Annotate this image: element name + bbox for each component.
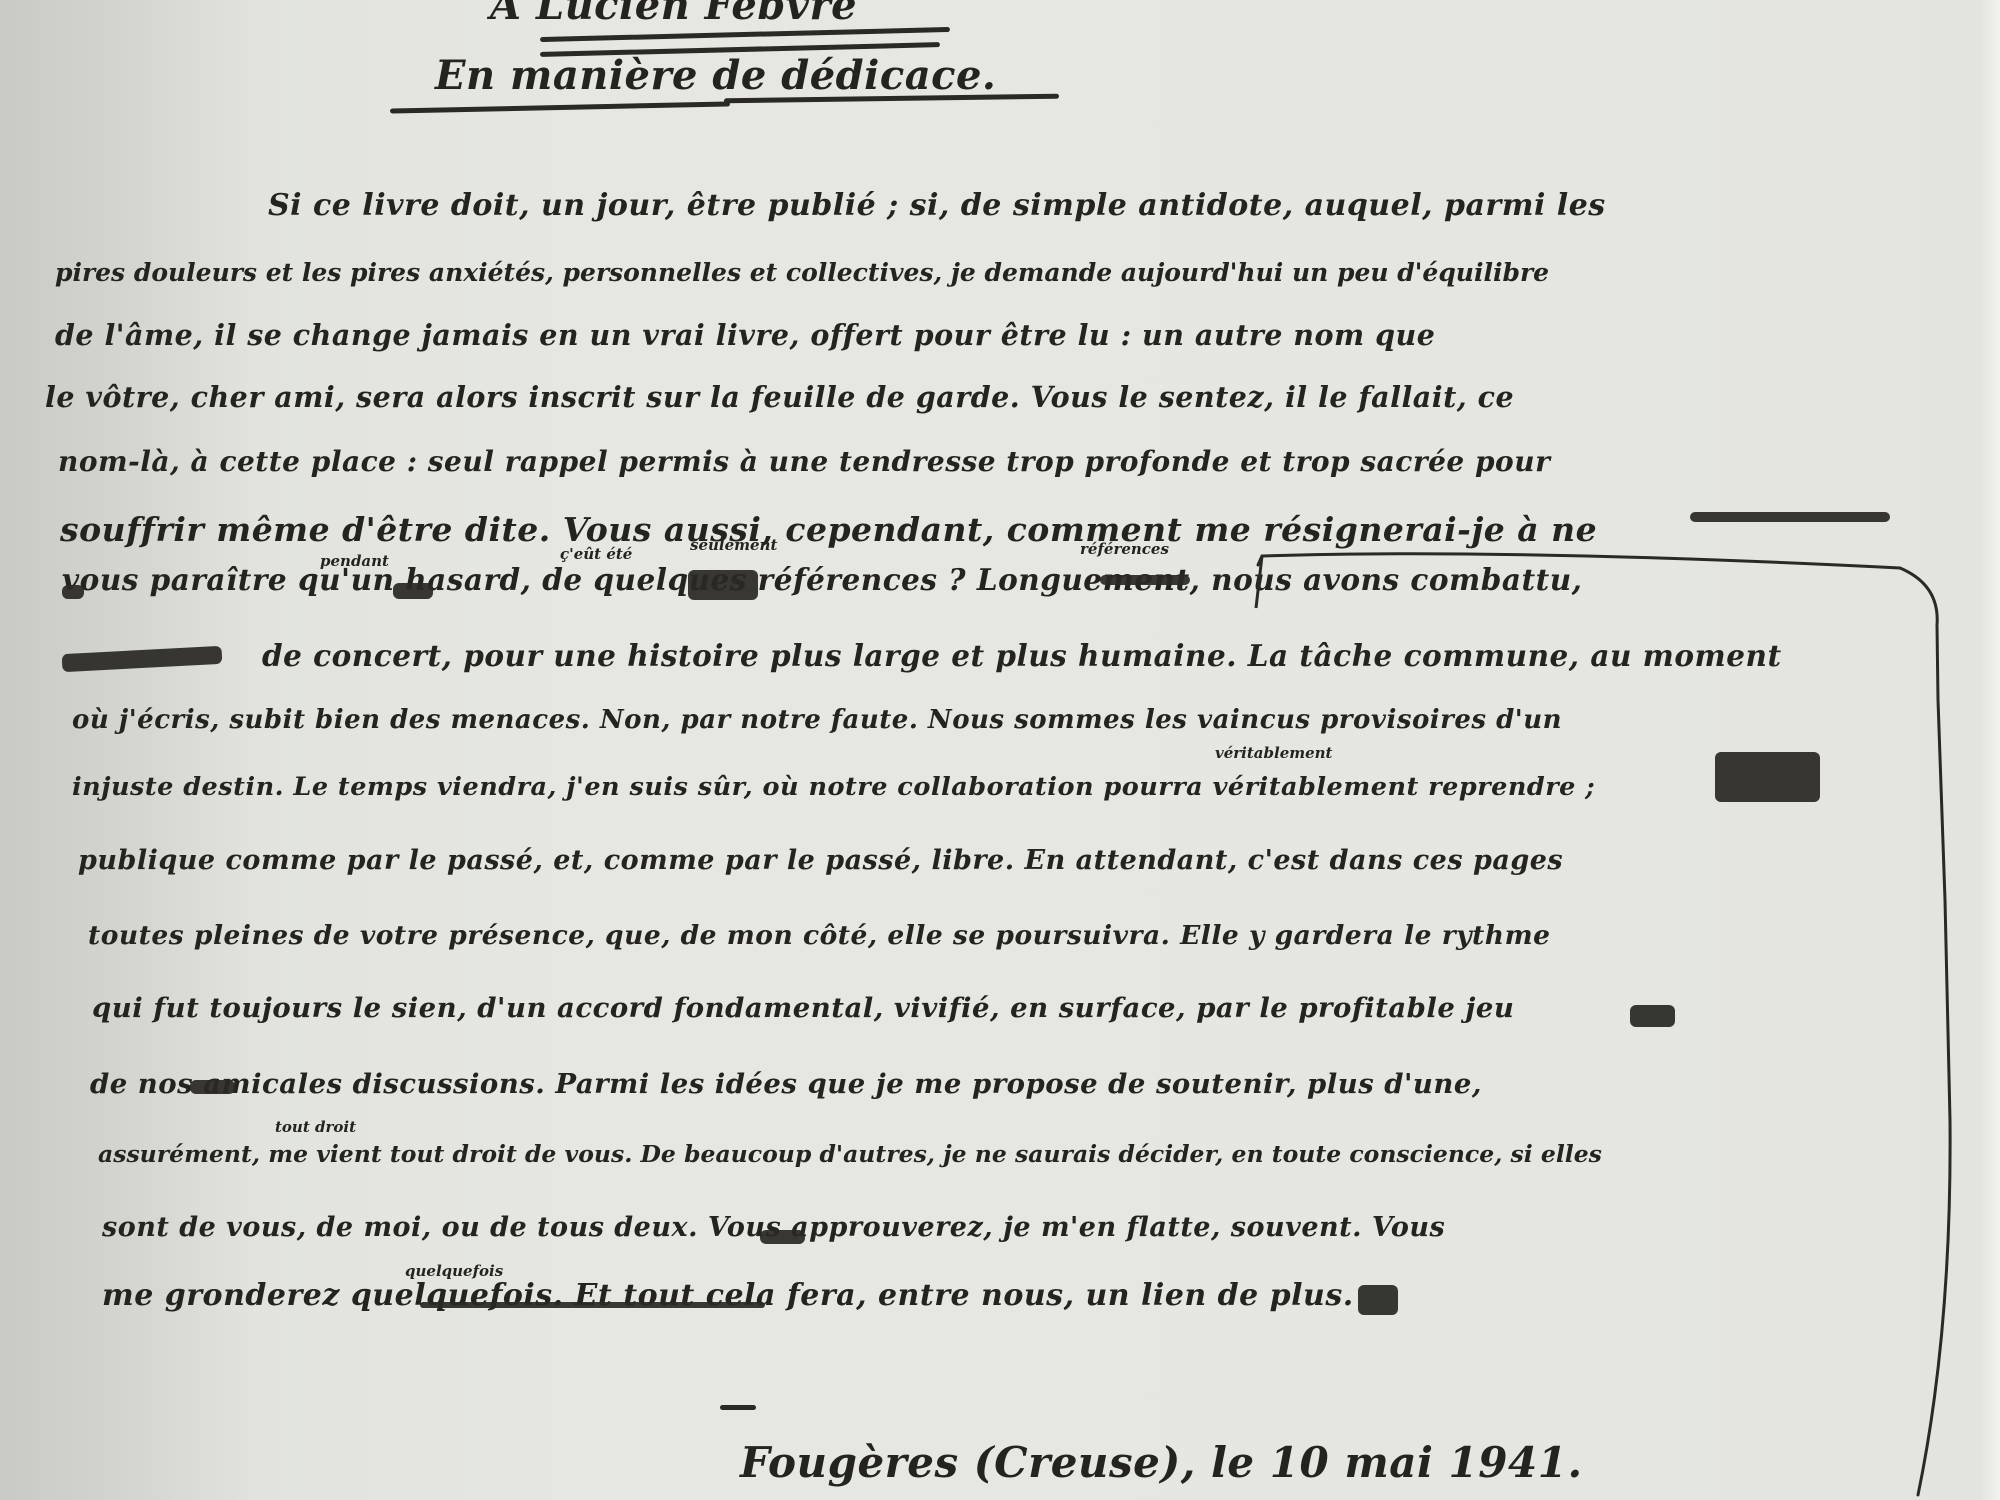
manuscript-page: A Lucien Febvre En manière de dédicace. …	[0, 0, 2000, 1500]
signature-dash	[720, 1405, 756, 1410]
place-and-date: Fougères (Creuse), le 10 mai 1941.	[740, 1438, 1583, 1487]
margin-bracket	[0, 0, 2000, 1500]
